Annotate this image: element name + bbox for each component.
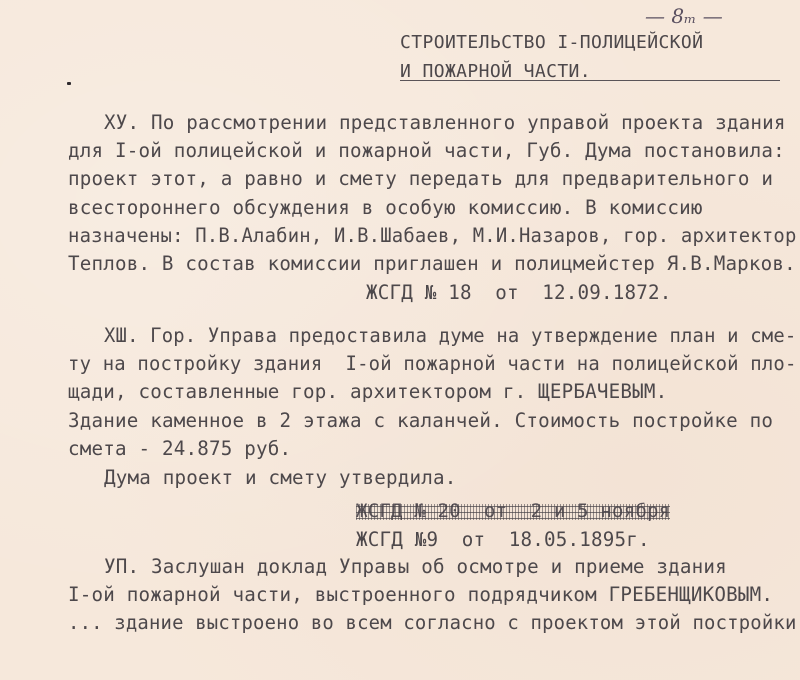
section-xiii-line: щади, составленные гор. архитектором г. …	[68, 382, 667, 401]
section-xiii-line: Дума проект и смету утвердила.	[104, 468, 457, 487]
section-vii-line: I-ой пожарной части, выстроенного подряд…	[68, 585, 773, 604]
strike-line	[356, 512, 670, 513]
section-xiii-reference: ЖСГД №9 от 18.05.1895г.	[356, 530, 650, 549]
section-xiii-line: смета - 24.875 руб.	[68, 439, 291, 458]
section-xv-line: для I-ой полицейской и пожарной части, Г…	[68, 141, 785, 160]
section-xiii-line: Здание каменное в 2 этажа с каланчей. Ст…	[68, 411, 773, 430]
document-page: — 8ₘ — СТРОИТЕЛЬСТВО I-ПОЛИЦЕЙСКОЙ И ПОЖ…	[0, 0, 800, 680]
section-xv-line: ХУ. По рассмотрении представленного упра…	[104, 113, 786, 132]
section-xv-line: назначены: П.В.Алабин, И.В.Шабаев, М.И.Н…	[68, 226, 797, 245]
strike-line	[356, 506, 670, 507]
section-xv-line: проект этот, а равно и смету передать дл…	[68, 169, 773, 188]
title-line-1: СТРОИТЕЛЬСТВО I-ПОЛИЦЕЙСКОЙ	[400, 34, 703, 52]
section-xiii-line: ту на постройку здания I-ой пожарной час…	[68, 354, 797, 373]
section-xiii-line: ХШ. Гор. Управа предоставила думе на утв…	[104, 326, 796, 345]
section-xv-line: всестороннего обсуждения в особую комисс…	[68, 198, 703, 217]
strike-line	[356, 518, 670, 519]
section-xv-line: Теплов. В состав комиссии приглашен и по…	[68, 254, 796, 273]
title-underline	[400, 80, 780, 81]
title-line-2: И ПОЖАРНОЙ ЧАСТИ.	[400, 63, 591, 81]
section-vii-line: УП. Заслушан доклад Управы об осмотре и …	[104, 557, 727, 576]
page-number: — 8ₘ —	[645, 4, 723, 28]
section-vii-line: ... здание выстроено во всем согласно с …	[68, 613, 797, 632]
section-xv-reference: ЖСГД № 18 от 12.09.1872.	[366, 283, 672, 302]
ink-speck	[67, 82, 71, 85]
